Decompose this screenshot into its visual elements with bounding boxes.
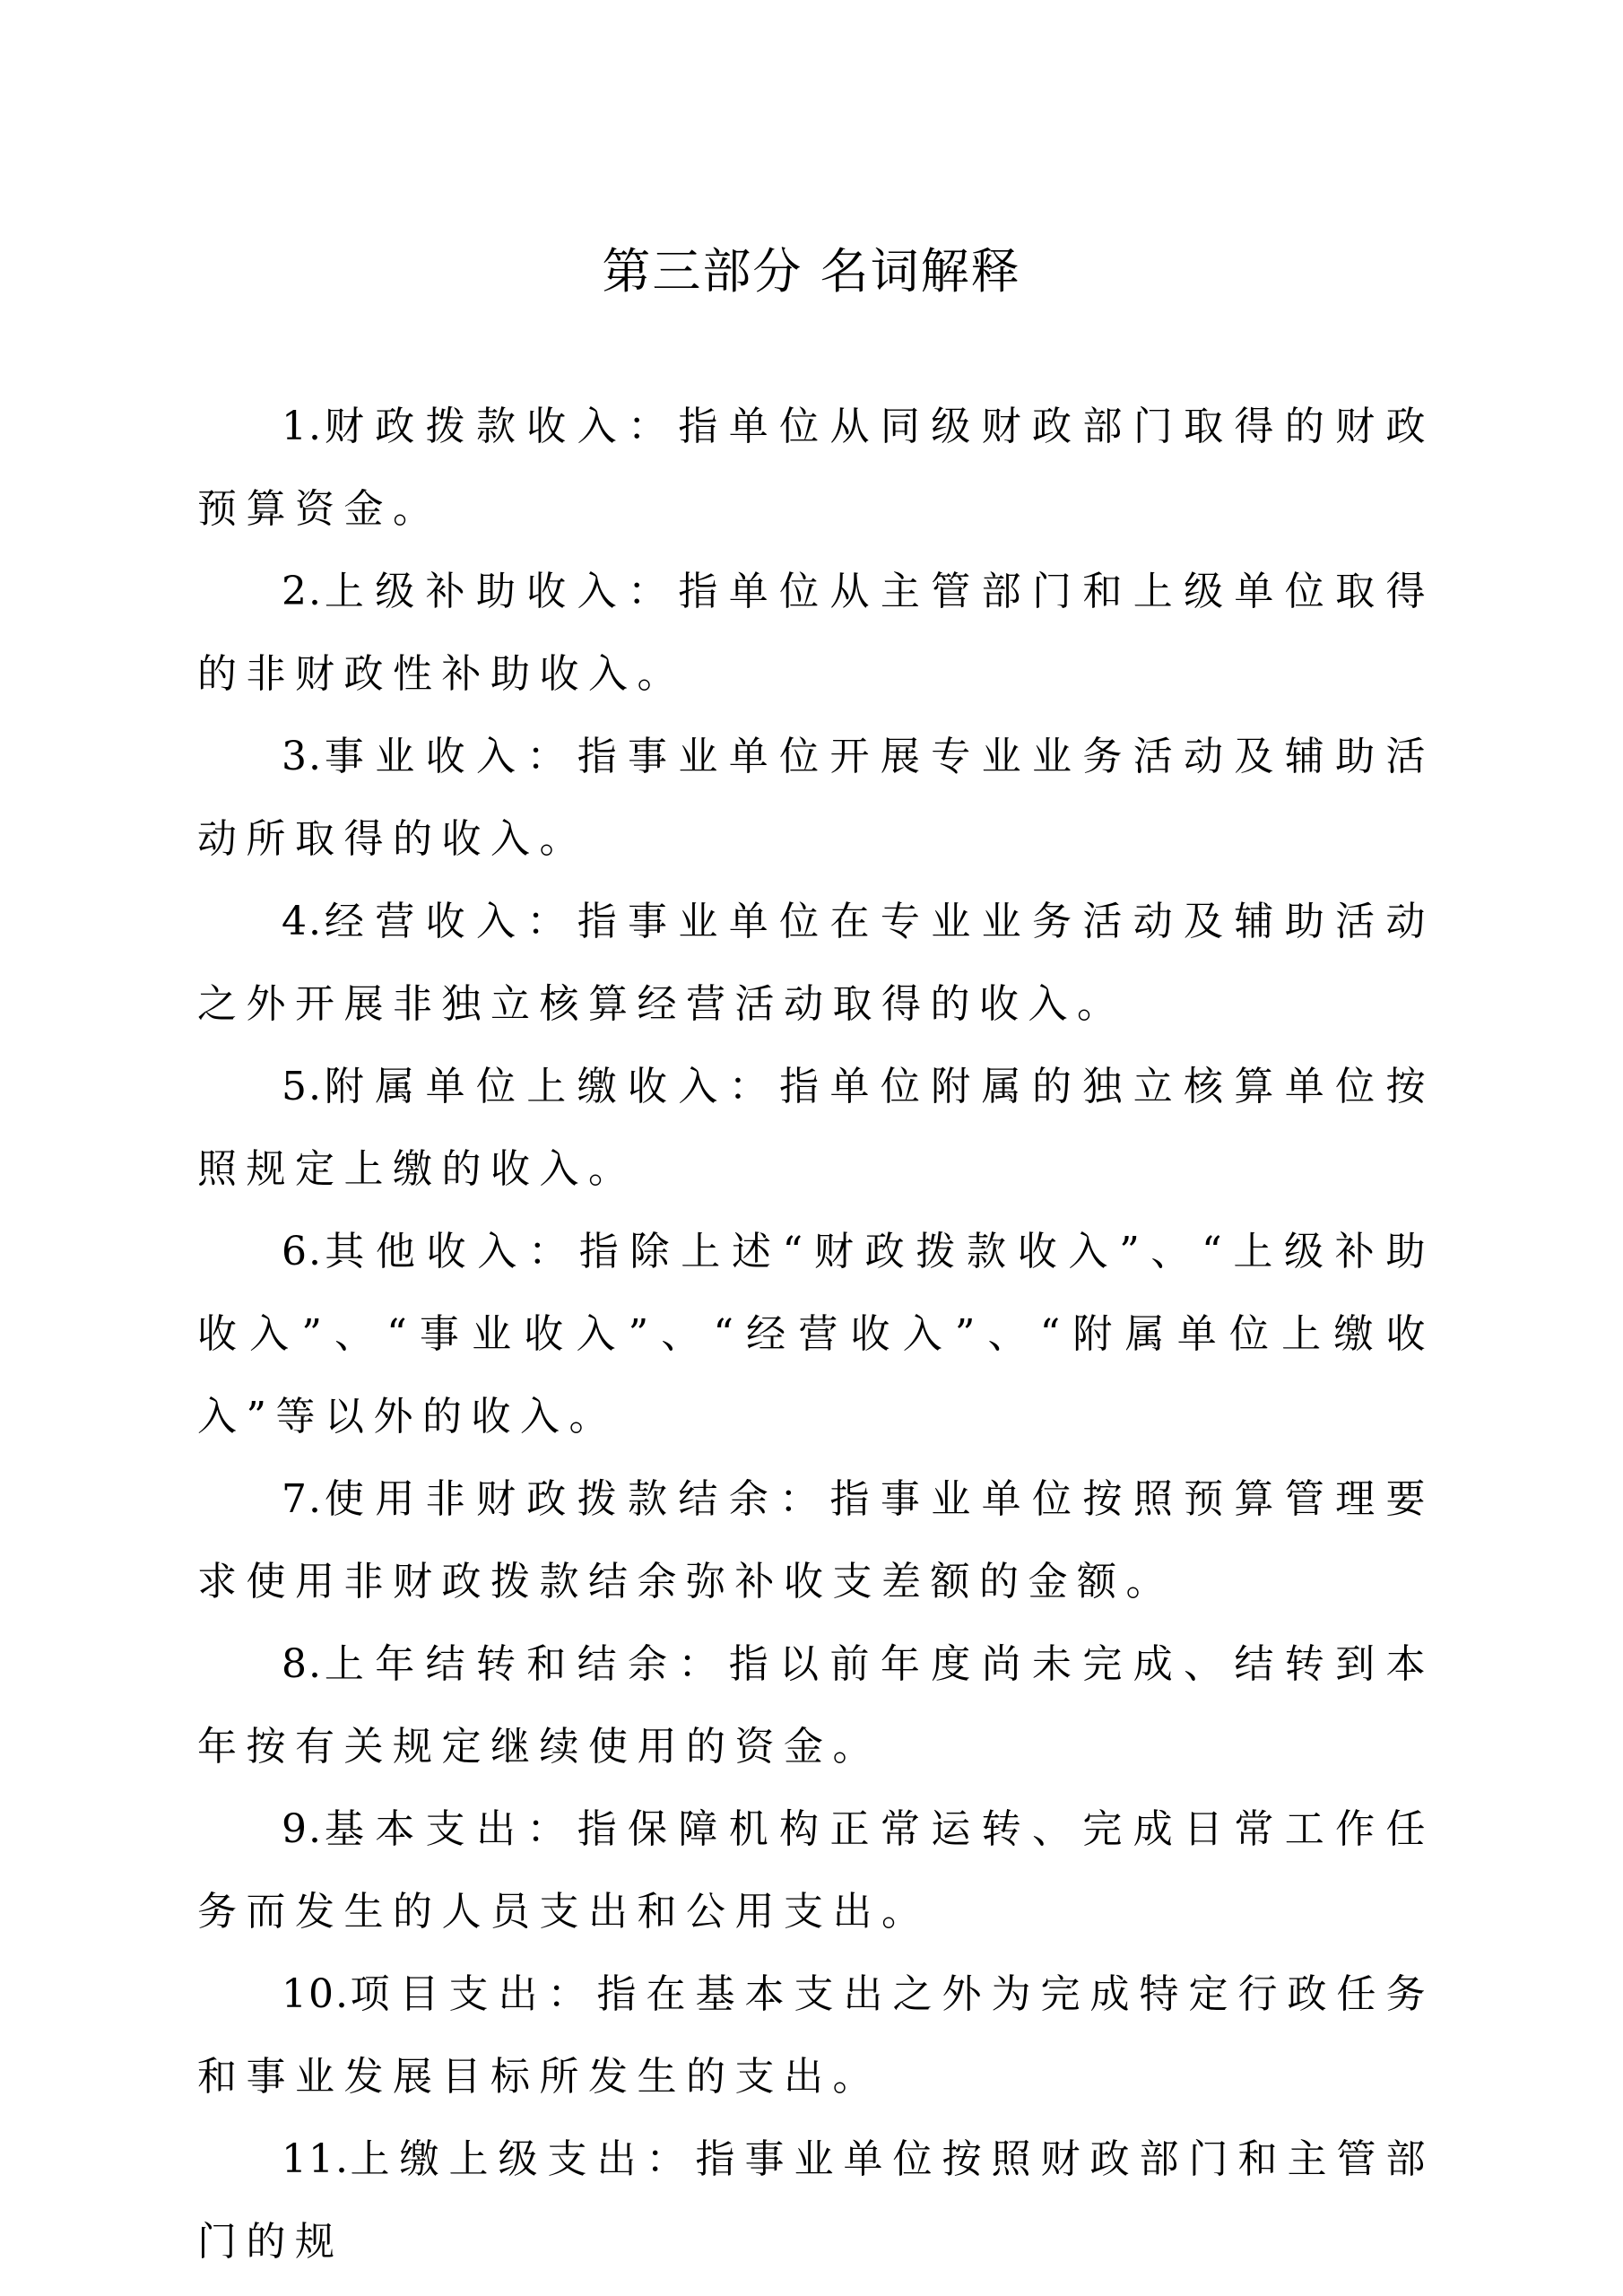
definition-item: 10.项目支出：指在基本支出之外为完成特定行政任务和事业发展目标所发生的支出。 [197, 1953, 1435, 2118]
item-number: 7. [282, 1476, 323, 1522]
definition-item: 9.基本支出：指保障机构正常运转、完成日常工作任务而发生的人员支出和公用支出。 [197, 1788, 1435, 1953]
item-number: 1. [282, 404, 323, 449]
term: 使用非财政拨款结余 [323, 1476, 779, 1522]
page-title: 第三部分 名词解释 [0, 240, 1623, 303]
item-number: 4. [282, 899, 323, 944]
separator: ： [526, 899, 577, 944]
definition-item: 5.附属单位上缴收入：指单位附属的独立核算单位按照规定上缴的收入。 [197, 1046, 1435, 1211]
separator: ： [678, 1641, 728, 1687]
item-number: 11. [282, 2136, 350, 2182]
definition-item: 8.上年结转和结余：指以前年度尚未完成、结转到本年按有关规定继续使用的资金。 [197, 1623, 1435, 1788]
definition-item: 4.经营收入：指事业单位在专业业务活动及辅助活动之外开展非独立核算经营活动取得的… [197, 881, 1435, 1046]
definition-item: 3.事业收入：指事业单位开展专业业务活动及辅助活动所取得的收入。 [197, 716, 1435, 881]
document-page: 第三部分 名词解释 1.财政拨款收入：指单位从同级财政部门取得的财政预算资金。 … [0, 0, 1623, 2296]
item-number: 6. [282, 1229, 323, 1274]
item-number: 5. [282, 1064, 323, 1109]
term: 上年结转和结余 [323, 1641, 678, 1687]
item-number: 9. [282, 1806, 323, 1852]
separator: ： [779, 1476, 829, 1522]
separator: ： [647, 2136, 696, 2182]
definitions-list: 1.财政拨款收入：指单位从同级财政部门取得的财政预算资金。 2.上级补助收入：指… [197, 386, 1435, 2283]
item-number: 2. [282, 569, 323, 614]
separator: ： [526, 1806, 577, 1852]
term: 其他收入 [323, 1229, 528, 1274]
term: 基本支出 [323, 1806, 526, 1852]
item-number: 10. [282, 1971, 350, 2017]
separator: ： [628, 569, 678, 614]
definition-item: 11.上缴上级支出：指事业单位按照财政部门和主管部门的规 [197, 2118, 1435, 2283]
separator: ： [628, 404, 678, 449]
definition-item: 6.其他收入：指除上述“财政拨款收入”、“上级补助收入”、“事业收入”、“经营收… [197, 1211, 1435, 1458]
term: 项目支出 [350, 1971, 548, 2017]
definition-item: 1.财政拨款收入：指单位从同级财政部门取得的财政预算资金。 [197, 386, 1435, 551]
item-number: 3. [282, 734, 323, 779]
separator: ： [548, 1971, 597, 2017]
term: 事业收入 [323, 734, 526, 779]
term: 财政拨款收入 [323, 404, 628, 449]
term: 附属单位上缴收入 [323, 1064, 729, 1109]
definition-item: 2.上级补助收入：指单位从主管部门和上级单位取得的非财政性补助收入。 [197, 551, 1435, 716]
separator: ： [729, 1064, 779, 1109]
term: 经营收入 [323, 899, 526, 944]
term: 上缴上级支出 [350, 2136, 647, 2182]
item-number: 8. [282, 1641, 323, 1687]
definition-item: 7.使用非财政拨款结余：指事业单位按照预算管理要求使用非财政拨款结余弥补收支差额… [197, 1458, 1435, 1623]
separator: ： [526, 734, 577, 779]
term: 上级补助收入 [323, 569, 628, 614]
separator: ： [528, 1229, 579, 1274]
